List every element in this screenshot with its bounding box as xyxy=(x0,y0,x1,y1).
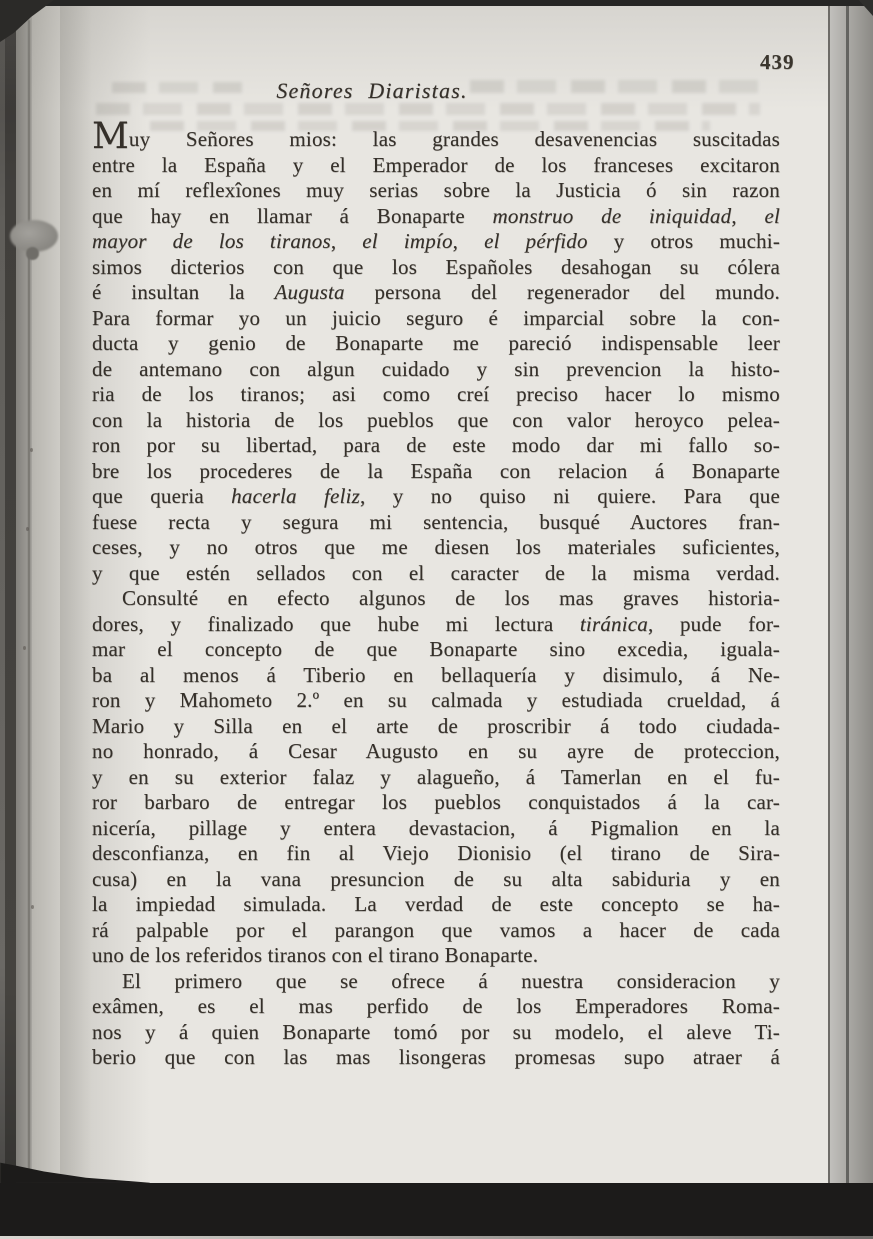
text-line: la impiedad simulada. La verdad de este … xyxy=(92,892,780,918)
scan-top-border xyxy=(0,0,873,6)
text-block: Muy Señores mios: las grandes desavenenc… xyxy=(92,127,780,1071)
page-heading: Señores Diaristas. xyxy=(92,78,652,104)
text-line: ria de los tiranos; asi como creí precis… xyxy=(92,382,780,408)
show-through-smudge xyxy=(96,103,760,115)
binding-hole-dot xyxy=(26,247,39,260)
text-line: y que estén sellados con el caracter de … xyxy=(92,561,780,587)
text-line: Para formar yo un juicio seguro é imparc… xyxy=(92,306,780,332)
fore-edge-gap-line xyxy=(846,6,849,1186)
text-line: que queria hacerla feliz, y no quiso ni … xyxy=(92,484,780,510)
text-line: exâmen, es el mas perfido de los Emperad… xyxy=(92,994,780,1020)
text-line: ror barbaro de entregar los pueblos conq… xyxy=(92,790,780,816)
text-line: uno de los referidos tiranos con el tira… xyxy=(92,943,780,969)
text-line: ba al menos á Tiberio en bellaquería y d… xyxy=(92,663,780,689)
text-line: ceses, y no otros que me diesen los mate… xyxy=(92,535,780,561)
binding-crease-line xyxy=(28,20,30,1220)
paper-speck xyxy=(31,905,34,909)
paragraph: Muy Señores mios: las grandes desavenenc… xyxy=(92,127,780,586)
text-line: berio que con las mas lisongeras promesa… xyxy=(92,1045,780,1071)
text-line: ron y Mahometo 2.º en su calmada y estud… xyxy=(92,688,780,714)
ornamental-initial: M xyxy=(92,116,129,157)
text-line: nicería, pillage y entera devastacion, á… xyxy=(92,816,780,842)
text-line: cusa) en la vana presuncion de su alta s… xyxy=(92,867,780,893)
text-line: Consulté en efecto algunos de los mas gr… xyxy=(92,586,780,612)
text-line: mayor de los tiranos, el impío, el pérfi… xyxy=(92,229,780,255)
text-line: desconfianza, en fin al Viejo Dionisio (… xyxy=(92,841,780,867)
binding-edge-outer xyxy=(0,0,5,1239)
text-line: fuese recta y segura mi sentencia, busqu… xyxy=(92,510,780,536)
text-line: rá palpable por el parangon que vamos a … xyxy=(92,918,780,944)
scanned-book-page: 439 Señores Diaristas. Muy Señores mios:… xyxy=(0,0,873,1239)
fore-edge-shading xyxy=(830,6,873,1186)
text-line: no honrado, á Cesar Augusto en su ayre d… xyxy=(92,739,780,765)
paragraph: El primero que se ofrece á nuestra consi… xyxy=(92,969,780,1071)
text-line: entre la España y el Emperador de los fr… xyxy=(92,153,780,179)
text-line: nos y á quien Bonaparte tomó por su mode… xyxy=(92,1020,780,1046)
paragraph: Consulté en efecto algunos de los mas gr… xyxy=(92,586,780,969)
text-line: de antemano con algun cuidado y sin prev… xyxy=(92,357,780,383)
text-line: dores, y finalizado que hube mi lectura … xyxy=(92,612,780,638)
scan-bottom-border xyxy=(0,1183,873,1236)
page-number: 439 xyxy=(760,50,795,75)
text-line: bre los procederes de la España con rela… xyxy=(92,459,780,485)
text-line: y en su exterior falaz y alagueño, á Tam… xyxy=(92,765,780,791)
page-right-edge-line xyxy=(828,6,830,1186)
text-line: El primero que se ofrece á nuestra consi… xyxy=(92,969,780,995)
paper-speck xyxy=(23,646,26,650)
text-line: Muy Señores mios: las grandes desavenenc… xyxy=(92,127,780,153)
paper-speck xyxy=(26,527,29,531)
paper-speck xyxy=(30,448,33,452)
text-line: simos dicterios con que los Españoles de… xyxy=(92,255,780,281)
text-line: en mí reflexîones muy serias sobre la Ju… xyxy=(92,178,780,204)
text-line: Mario y Silla en el arte de proscribir á… xyxy=(92,714,780,740)
text-line: mar el concepto de que Bonaparte sino ex… xyxy=(92,637,780,663)
text-line: é insultan la Augusta persona del regene… xyxy=(92,280,780,306)
text-line: que hay en llamar á Bonaparte monstruo d… xyxy=(92,204,780,230)
text-line: ducta y genio de Bonaparte me pareció in… xyxy=(92,331,780,357)
text-line: ron por su libertad, para de este modo d… xyxy=(92,433,780,459)
binding-edge-dark xyxy=(5,0,16,1239)
text-line: con la historia de los pueblos que con v… xyxy=(92,408,780,434)
